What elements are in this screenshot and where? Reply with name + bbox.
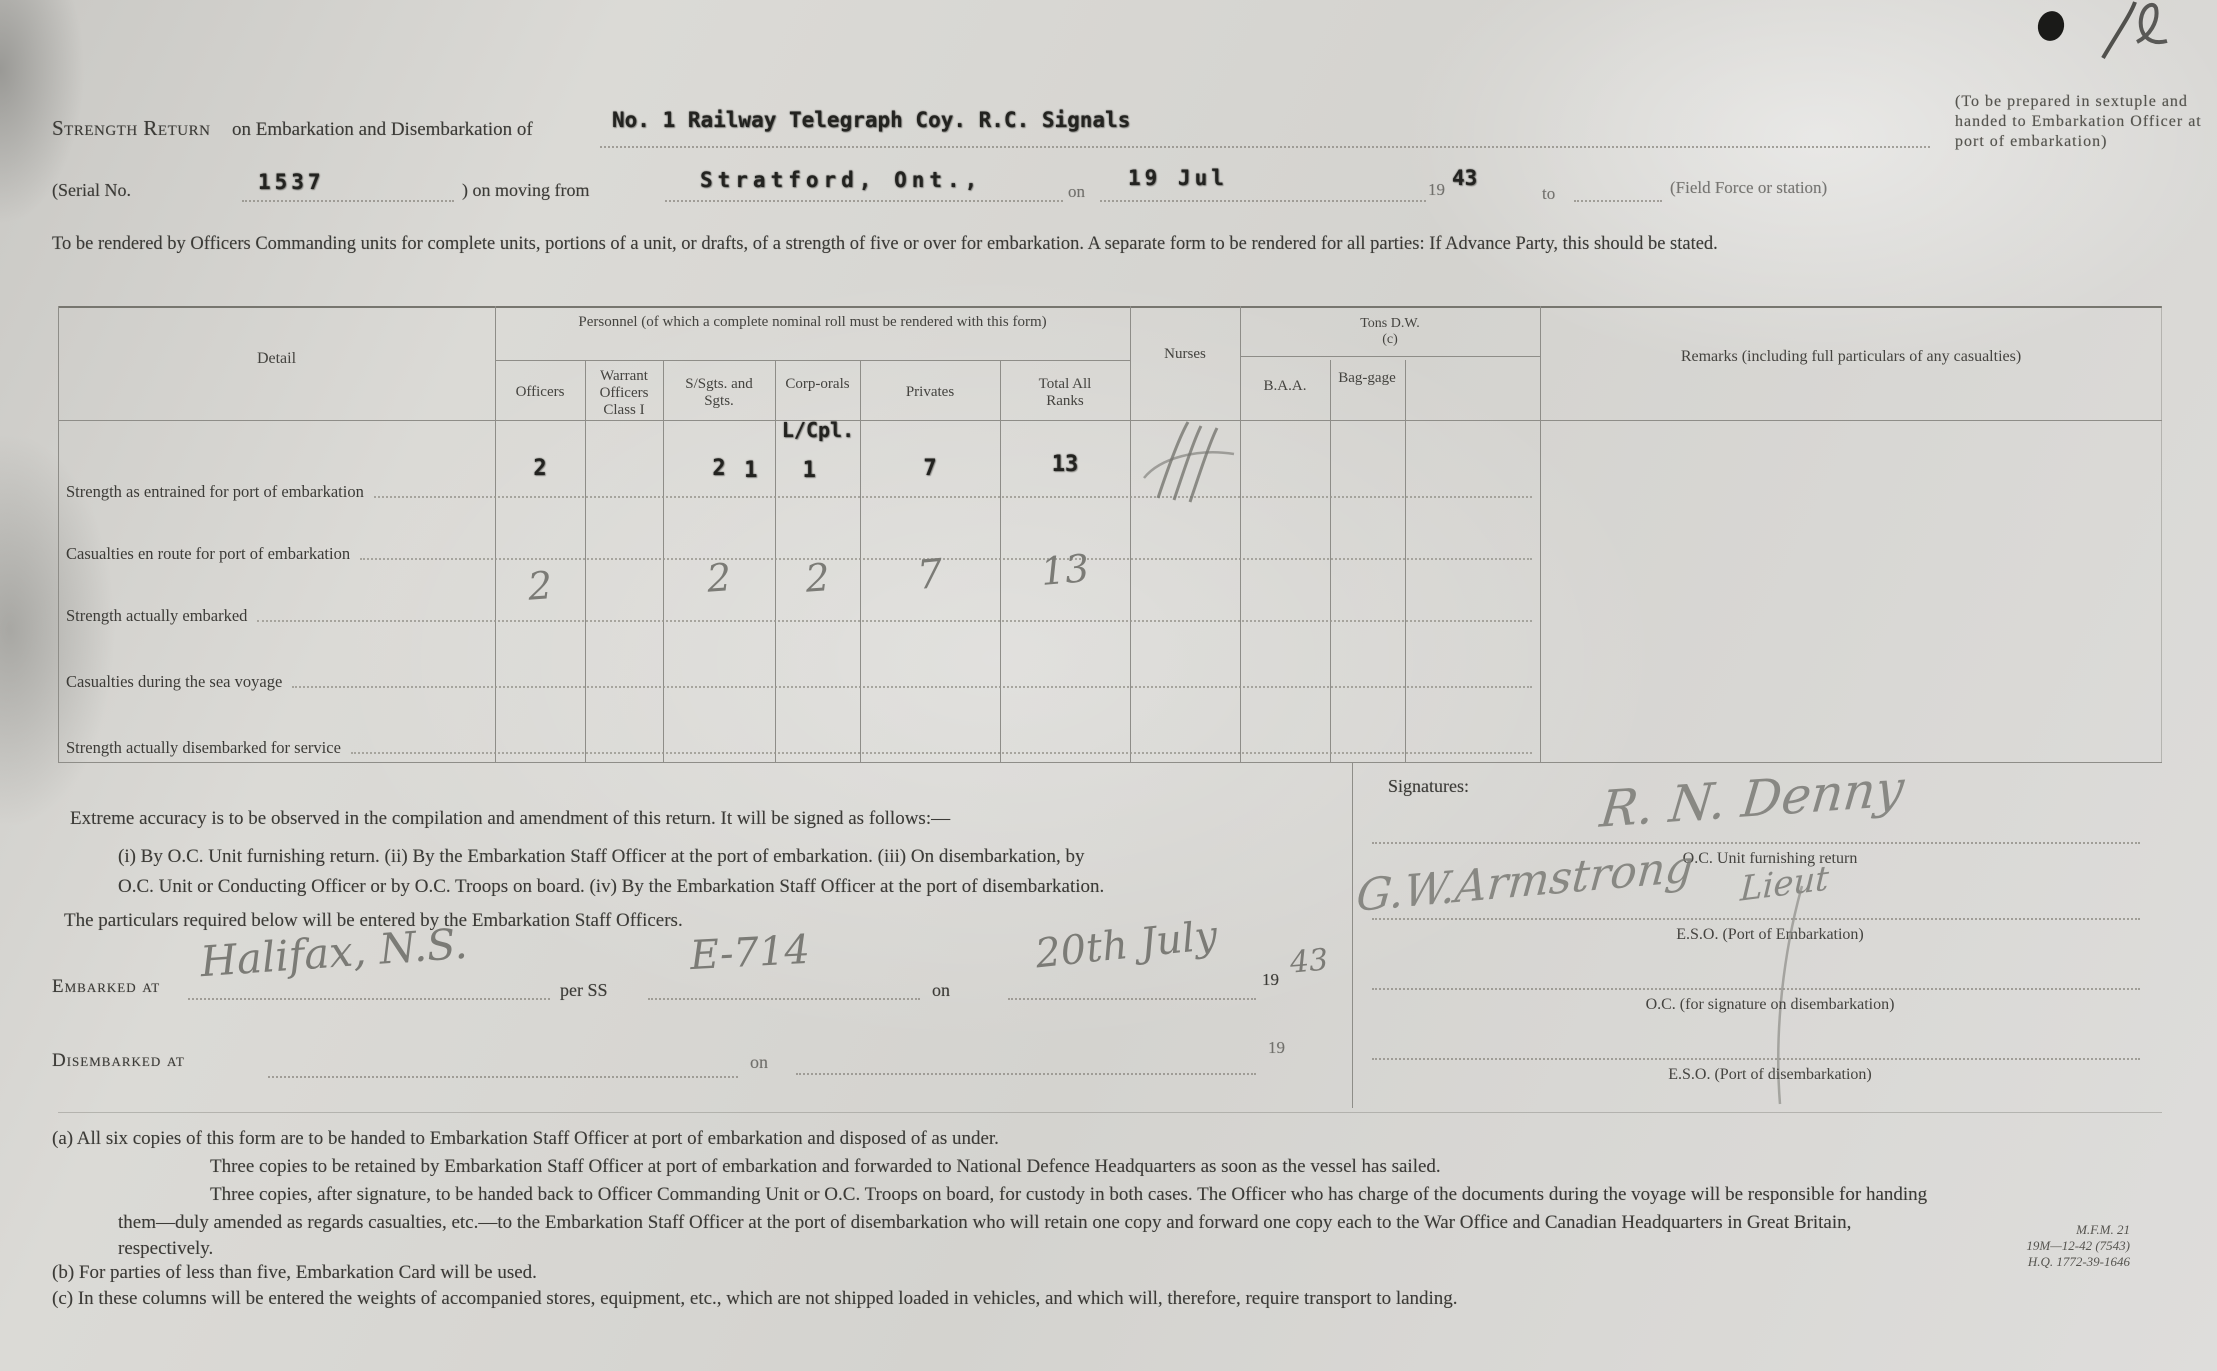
embark-date-leader <box>1008 998 1256 1000</box>
footer-note-a-sub3: them—duly amended as regards casualties,… <box>118 1212 1851 1234</box>
field-force-label: (Field Force or station) <box>1670 178 1827 198</box>
signatures-box-border <box>1352 762 1353 1108</box>
oc-disembark-label: O.C. (for signature on disembarkation) <box>1420 996 2120 1014</box>
value-corporals-entrained: 1 1 <box>726 458 850 483</box>
lcpl-note-typed: L/Cpl. <box>748 418 888 442</box>
pencil-scribble <box>1136 416 1246 511</box>
date-leader <box>1100 200 1426 202</box>
render-note: To be rendered by Officers Commanding un… <box>52 232 1867 257</box>
form-ref-number: M.F.M. 21 <box>1945 1222 2130 1238</box>
col-header-corporals: Corp-orals <box>783 376 852 393</box>
oc-signature-line <box>1372 842 2140 844</box>
disembark-year-printed: 19 <box>1268 1038 1285 1058</box>
grid-line <box>1240 356 1540 357</box>
embark-on-label: on <box>932 980 950 1001</box>
row-label: Casualties during the sea voyage <box>58 672 282 696</box>
year-printed: 19 <box>1428 180 1445 200</box>
moving-from-label: ) on moving from <box>462 180 590 201</box>
col-header-warrant-officers: Warrant Officers Class I <box>589 368 659 419</box>
disembark-on-label: on <box>750 1052 768 1073</box>
per-ss-label: per SS <box>560 980 608 1001</box>
footer-note-a-sub2: Three copies, after signature, to be han… <box>210 1184 1927 1206</box>
to-label: to <box>1542 184 1555 204</box>
disembarked-place-leader <box>268 1076 738 1078</box>
form-title-caps: Strength Return <box>52 116 210 141</box>
signing-instructions-line1: (i) By O.C. Unit furnishing return. (ii)… <box>118 846 1085 868</box>
row-label: Strength actually embarked <box>58 606 247 630</box>
col-header-detail: Detail <box>58 350 495 367</box>
footer-note-c: (c) In these columns will be entered the… <box>52 1288 1458 1310</box>
oc-disembark-line <box>1372 988 2140 990</box>
value-total-entrained: 13 <box>1000 452 1130 477</box>
col-header-tons: Tons D.W. (c) <box>1360 316 1420 348</box>
footer-note-a-sub1: Three copies to be retained by Embarkati… <box>210 1156 1441 1178</box>
strength-table: Detail Personnel (of which a complete no… <box>58 306 2162 762</box>
ship-handwritten: E-714 <box>689 927 811 979</box>
on-label: on <box>1068 182 1085 202</box>
eso-disembark-label: E.S.O. (Port of disembarkation) <box>1420 1066 2120 1084</box>
embark-date-handwritten: 20th July <box>1033 913 1219 978</box>
ink-mark <box>2005 0 2217 80</box>
moving-from-leader <box>665 200 1063 202</box>
signatures-heading: Signatures: <box>1388 776 1469 797</box>
footer-note-b: (b) For parties of less than five, Embar… <box>52 1262 537 1284</box>
scanned-strength-return-form: (To be prepared in sextuple and handed t… <box>0 0 2217 1371</box>
col-header-nurses: Nurses <box>1130 346 1240 363</box>
col-header-remarks: Remarks (including full particulars of a… <box>1540 348 2162 365</box>
row-label: Strength as entrained for port of embark… <box>58 482 364 506</box>
row-label: Casualties en route for port of embarkat… <box>58 544 350 568</box>
section-rule <box>58 1112 2162 1113</box>
embark-year-handwritten: 43 <box>1289 942 1330 980</box>
serial-leader <box>242 200 454 202</box>
table-row: Casualties during the sea voyage <box>58 630 1540 696</box>
value-sgts-embarked: 2 <box>662 552 777 604</box>
ship-leader <box>648 998 920 1000</box>
grid-line <box>495 360 1130 361</box>
footer-note-a: (a) All six copies of this form are to b… <box>52 1128 999 1150</box>
col-header-baggage: Bag-gage <box>1336 370 1398 387</box>
form-ref-print-run: 19M—12-42 (7543) <box>1945 1238 2130 1254</box>
year-typed: 43 <box>1452 166 1477 190</box>
title-leader <box>600 146 1930 148</box>
moving-from-typed: Stratford, Ont., <box>700 168 982 192</box>
prepared-note: (To be prepared in sextuple and handed t… <box>1955 92 2217 152</box>
date-typed: 19 Jul <box>1128 166 1228 190</box>
col-header-officers: Officers <box>495 384 585 401</box>
table-row: Strength actually disembarked for servic… <box>58 696 1540 762</box>
unit-name-typed: No. 1 Railway Telegraph Coy. R.C. Signal… <box>612 108 1130 132</box>
col-header-baa: B.A.A. <box>1240 378 1330 395</box>
disembarked-at-label: Disembarked at <box>52 1050 185 1072</box>
value-corporals-embarked: 2 <box>774 553 862 603</box>
col-header-personnel: Personnel (of which a complete nominal r… <box>515 314 1110 331</box>
serial-number-typed: 1537 <box>258 170 325 194</box>
value-officers-entrained: 2 <box>495 456 585 481</box>
embark-year-printed: 19 <box>1262 970 1279 990</box>
eso-disembark-line <box>1372 1058 2140 1060</box>
grid-line <box>1540 306 1541 762</box>
oc-signature-handwritten: R. N. Denny <box>1597 759 1907 839</box>
signing-instructions-line2: O.C. Unit or Conducting Officer or by O.… <box>118 876 1104 898</box>
value-privates-entrained: 7 <box>860 456 1000 481</box>
value-officers-embarked: 2 <box>494 561 587 611</box>
form-title-rest: on Embarkation and Disembarkation of <box>232 119 533 141</box>
grid-line <box>2161 306 2162 762</box>
form-ref-hq: H.Q. 1772-39-1646 <box>1945 1254 2130 1270</box>
col-header-sgts: S/Sgts. and Sgts. <box>671 376 767 410</box>
col-header-privates: Privates <box>860 384 1000 401</box>
footer-note-a-sub4: respectively. <box>118 1238 213 1260</box>
row-label: Strength actually disembarked for servic… <box>58 738 341 762</box>
to-leader <box>1574 200 1662 202</box>
serial-label: (Serial No. <box>52 180 131 201</box>
accuracy-note: Extreme accuracy is to be observed in th… <box>70 808 950 830</box>
disembark-date-leader <box>796 1073 1256 1075</box>
grid-line <box>58 306 2162 308</box>
col-header-total: Total All Ranks <box>1035 376 1095 410</box>
embarked-place-leader <box>188 998 550 1000</box>
embarked-at-label: Embarked at <box>52 976 160 998</box>
